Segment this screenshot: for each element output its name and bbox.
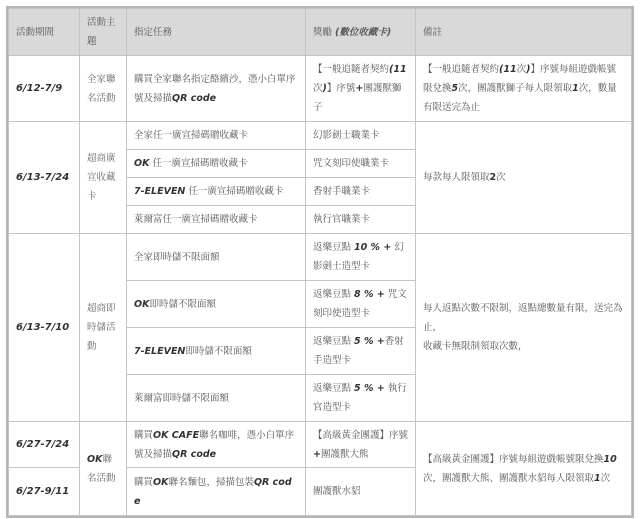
task-cell: 全家即時儲不限面額 (127, 234, 306, 281)
event-table-container: 活動期間 活動主題 指定任務 獎勵 (數位收藏卡) 備註 6/12-7/9 全家… (6, 6, 634, 518)
task-cell: 全家任一廣宣掃碼贈收藏卡 (127, 122, 306, 150)
reward-cell: 返樂豆點 5 % + 執行官造型卡 (306, 375, 416, 422)
reward-em: (11 (389, 64, 407, 75)
task-cell: OK即時儲不限面額 (127, 281, 306, 328)
reward-cell: 返樂豆點 10 % + 幻影劍士造型卡 (306, 234, 416, 281)
task-cell: 購買OK CAFE聯名咖啡，憑小白單序號及掃描QR code (127, 422, 306, 468)
task-text: 任一廣宣掃碼贈收藏卡 (149, 158, 247, 169)
theme-brand: OK (87, 454, 102, 465)
task-cell: 購買OK聯名麵包，掃描包裝QR code (127, 468, 306, 516)
reward-cell: 咒文刻印使職業卡 (306, 150, 416, 178)
note-text: 次 (496, 172, 506, 183)
theme-cell: 全家聯名活動 (80, 56, 127, 122)
header-period: 活動期間 (9, 9, 80, 56)
table-row: 6/13-7/10 超商即時儲活動 全家即時儲不限面額 返樂豆點 10 % + … (9, 234, 632, 281)
reward-cell: 香射手職業卡 (306, 178, 416, 206)
reward-cell: 返樂豆點 8 % + 咒文刻印使造型卡 (306, 281, 416, 328)
reward-text: 返樂豆點 (313, 383, 354, 394)
task-text: 萊爾富任一廣宣掃碼贈收藏卡 (134, 214, 258, 225)
reward-cell: 執行官職業卡 (306, 206, 416, 234)
task-brand: OK CAFE (153, 430, 199, 441)
reward-percent: 5 % + (354, 383, 385, 394)
period-cell: 6/27-9/11 (9, 468, 80, 516)
task-text: 全家任一廣宣掃碼贈收藏卡 (134, 130, 248, 141)
note-text: 每款每人限領取 (423, 172, 490, 183)
task-cell: 7-ELEVEN即時儲不限面額 (127, 328, 306, 375)
note-text: 次，團護獸獅子每人限領取 (458, 83, 572, 94)
reward-cell: 【高級黃金團護】序號+團護獸大熊 (306, 422, 416, 468)
reward-text: 【一般追隨者契約 (313, 64, 389, 75)
header-row: 活動期間 活動主題 指定任務 獎勵 (數位收藏卡) 備註 (9, 9, 632, 56)
task-text: 任一廣宣掃碼贈收藏卡 (185, 186, 283, 197)
theme-cell: 超商廣宣收藏卡 (80, 122, 127, 234)
header-reward: 獎勵 (數位收藏卡) (306, 9, 416, 56)
note-text: 【一般追隨者契約 (423, 64, 499, 75)
note-em: 1 (572, 83, 579, 94)
theme-cell: OK聯名活動 (80, 422, 127, 516)
note-cell: 【一般追隨者契約(11次)】序號每組遊戲帳號限兌換5次，團護獸獅子每人限領取1次… (416, 56, 632, 122)
task-cell: 7-ELEVEN 任一廣宣掃碼贈收藏卡 (127, 178, 306, 206)
period-cell: 6/13-7/10 (9, 234, 80, 422)
note-cell: 每人返點次數不限制，返點總數量有限，送完為止，收藏卡無限制領取次數， (416, 234, 632, 422)
task-qr: QR code (172, 93, 216, 104)
table-row: 6/12-7/9 全家聯名活動 購買全家聯名指定酪繽沙，憑小白單序號及掃描QR … (9, 56, 632, 122)
reward-text: 】序號 (327, 83, 356, 94)
header-theme: 活動主題 (80, 9, 127, 56)
note-line: 每人返點次數不限制，返點總數量有限，送完為止， (423, 303, 623, 333)
task-cell: 萊爾富任一廣宣掃碼贈收藏卡 (127, 206, 306, 234)
note-text: 次，團護獸大熊、團護獸水貂每人限領取 (423, 473, 594, 484)
note-em: 10 (604, 454, 617, 465)
reward-percent: 10 % + (354, 242, 391, 253)
task-cell: 萊爾富即時儲不限面額 (127, 375, 306, 422)
header-note: 備註 (416, 9, 632, 56)
reward-text: 返樂豆點 (313, 242, 354, 253)
note-em: (11 (499, 64, 517, 75)
reward-percent: 8 % + (354, 289, 385, 300)
header-reward-sub: (數位收藏卡) (335, 27, 391, 38)
task-cell: OK 任一廣宣掃碼贈收藏卡 (127, 150, 306, 178)
reward-cell: 幻影劍士職業卡 (306, 122, 416, 150)
note-cell: 【高級黃金團護】序號每組遊戲帳號限兌換10次，團護獸大熊、團護獸水貂每人限領取1… (416, 422, 632, 516)
task-text: 購買 (134, 477, 153, 488)
period-cell: 6/13-7/24 (9, 122, 80, 234)
note-line: 收藏卡無限制領取次數， (423, 341, 528, 352)
task-brand: OK (134, 299, 149, 310)
theme-cell: 超商即時儲活動 (80, 234, 127, 422)
event-table: 活動期間 活動主題 指定任務 獎勵 (數位收藏卡) 備註 6/12-7/9 全家… (8, 8, 632, 516)
task-text: 全家即時儲不限面額 (134, 252, 220, 263)
reward-text: 次 (313, 83, 323, 94)
task-brand: OK (134, 158, 149, 169)
task-text: 即時儲不限面額 (149, 299, 216, 310)
reward-percent: 5 % + (354, 336, 385, 347)
task-text: 聯名麵包，掃描包裝 (168, 477, 254, 488)
task-qr: QR code (172, 449, 216, 460)
note-text: 次 (601, 473, 611, 484)
reward-cell: 團護獸水貂 (306, 468, 416, 516)
header-task: 指定任務 (127, 9, 306, 56)
task-brand: 7-ELEVEN (134, 346, 185, 357)
reward-text: 【高級黃金團護】序號 (313, 430, 408, 441)
note-em: 1 (594, 473, 601, 484)
task-text: 即時儲不限面額 (185, 346, 252, 357)
period-cell: 6/27-7/24 (9, 422, 80, 468)
task-text: 萊爾富即時儲不限面額 (134, 393, 229, 404)
reward-cell: 返樂豆點 5 % +香射手造型卡 (306, 328, 416, 375)
task-brand: 7-ELEVEN (134, 186, 185, 197)
header-reward-label: 獎勵 (313, 27, 335, 38)
period-cell: 6/12-7/9 (9, 56, 80, 122)
reward-cell: 【一般追隨者契約(11次)】序號+團護獸獅子 (306, 56, 416, 122)
reward-plus: + (313, 449, 321, 460)
table-row: 6/27-7/24 OK聯名活動 購買OK CAFE聯名咖啡，憑小白單序號及掃描… (9, 422, 632, 468)
table-row: 6/13-7/24 超商廣宣收藏卡 全家任一廣宣掃碼贈收藏卡 幻影劍士職業卡 每… (9, 122, 632, 150)
note-text: 【高級黃金團護】序號每組遊戲帳號限兌換 (423, 454, 604, 465)
note-cell: 每款每人限領取2次 (416, 122, 632, 234)
task-cell: 購買全家聯名指定酪繽沙，憑小白單序號及掃描QR code (127, 56, 306, 122)
reward-text: 團護獸大熊 (321, 449, 369, 460)
task-text: 購買 (134, 430, 153, 441)
task-brand: OK (153, 477, 168, 488)
reward-text: 返樂豆點 (313, 336, 354, 347)
note-text: 次 (517, 64, 527, 75)
reward-text: 返樂豆點 (313, 289, 354, 300)
